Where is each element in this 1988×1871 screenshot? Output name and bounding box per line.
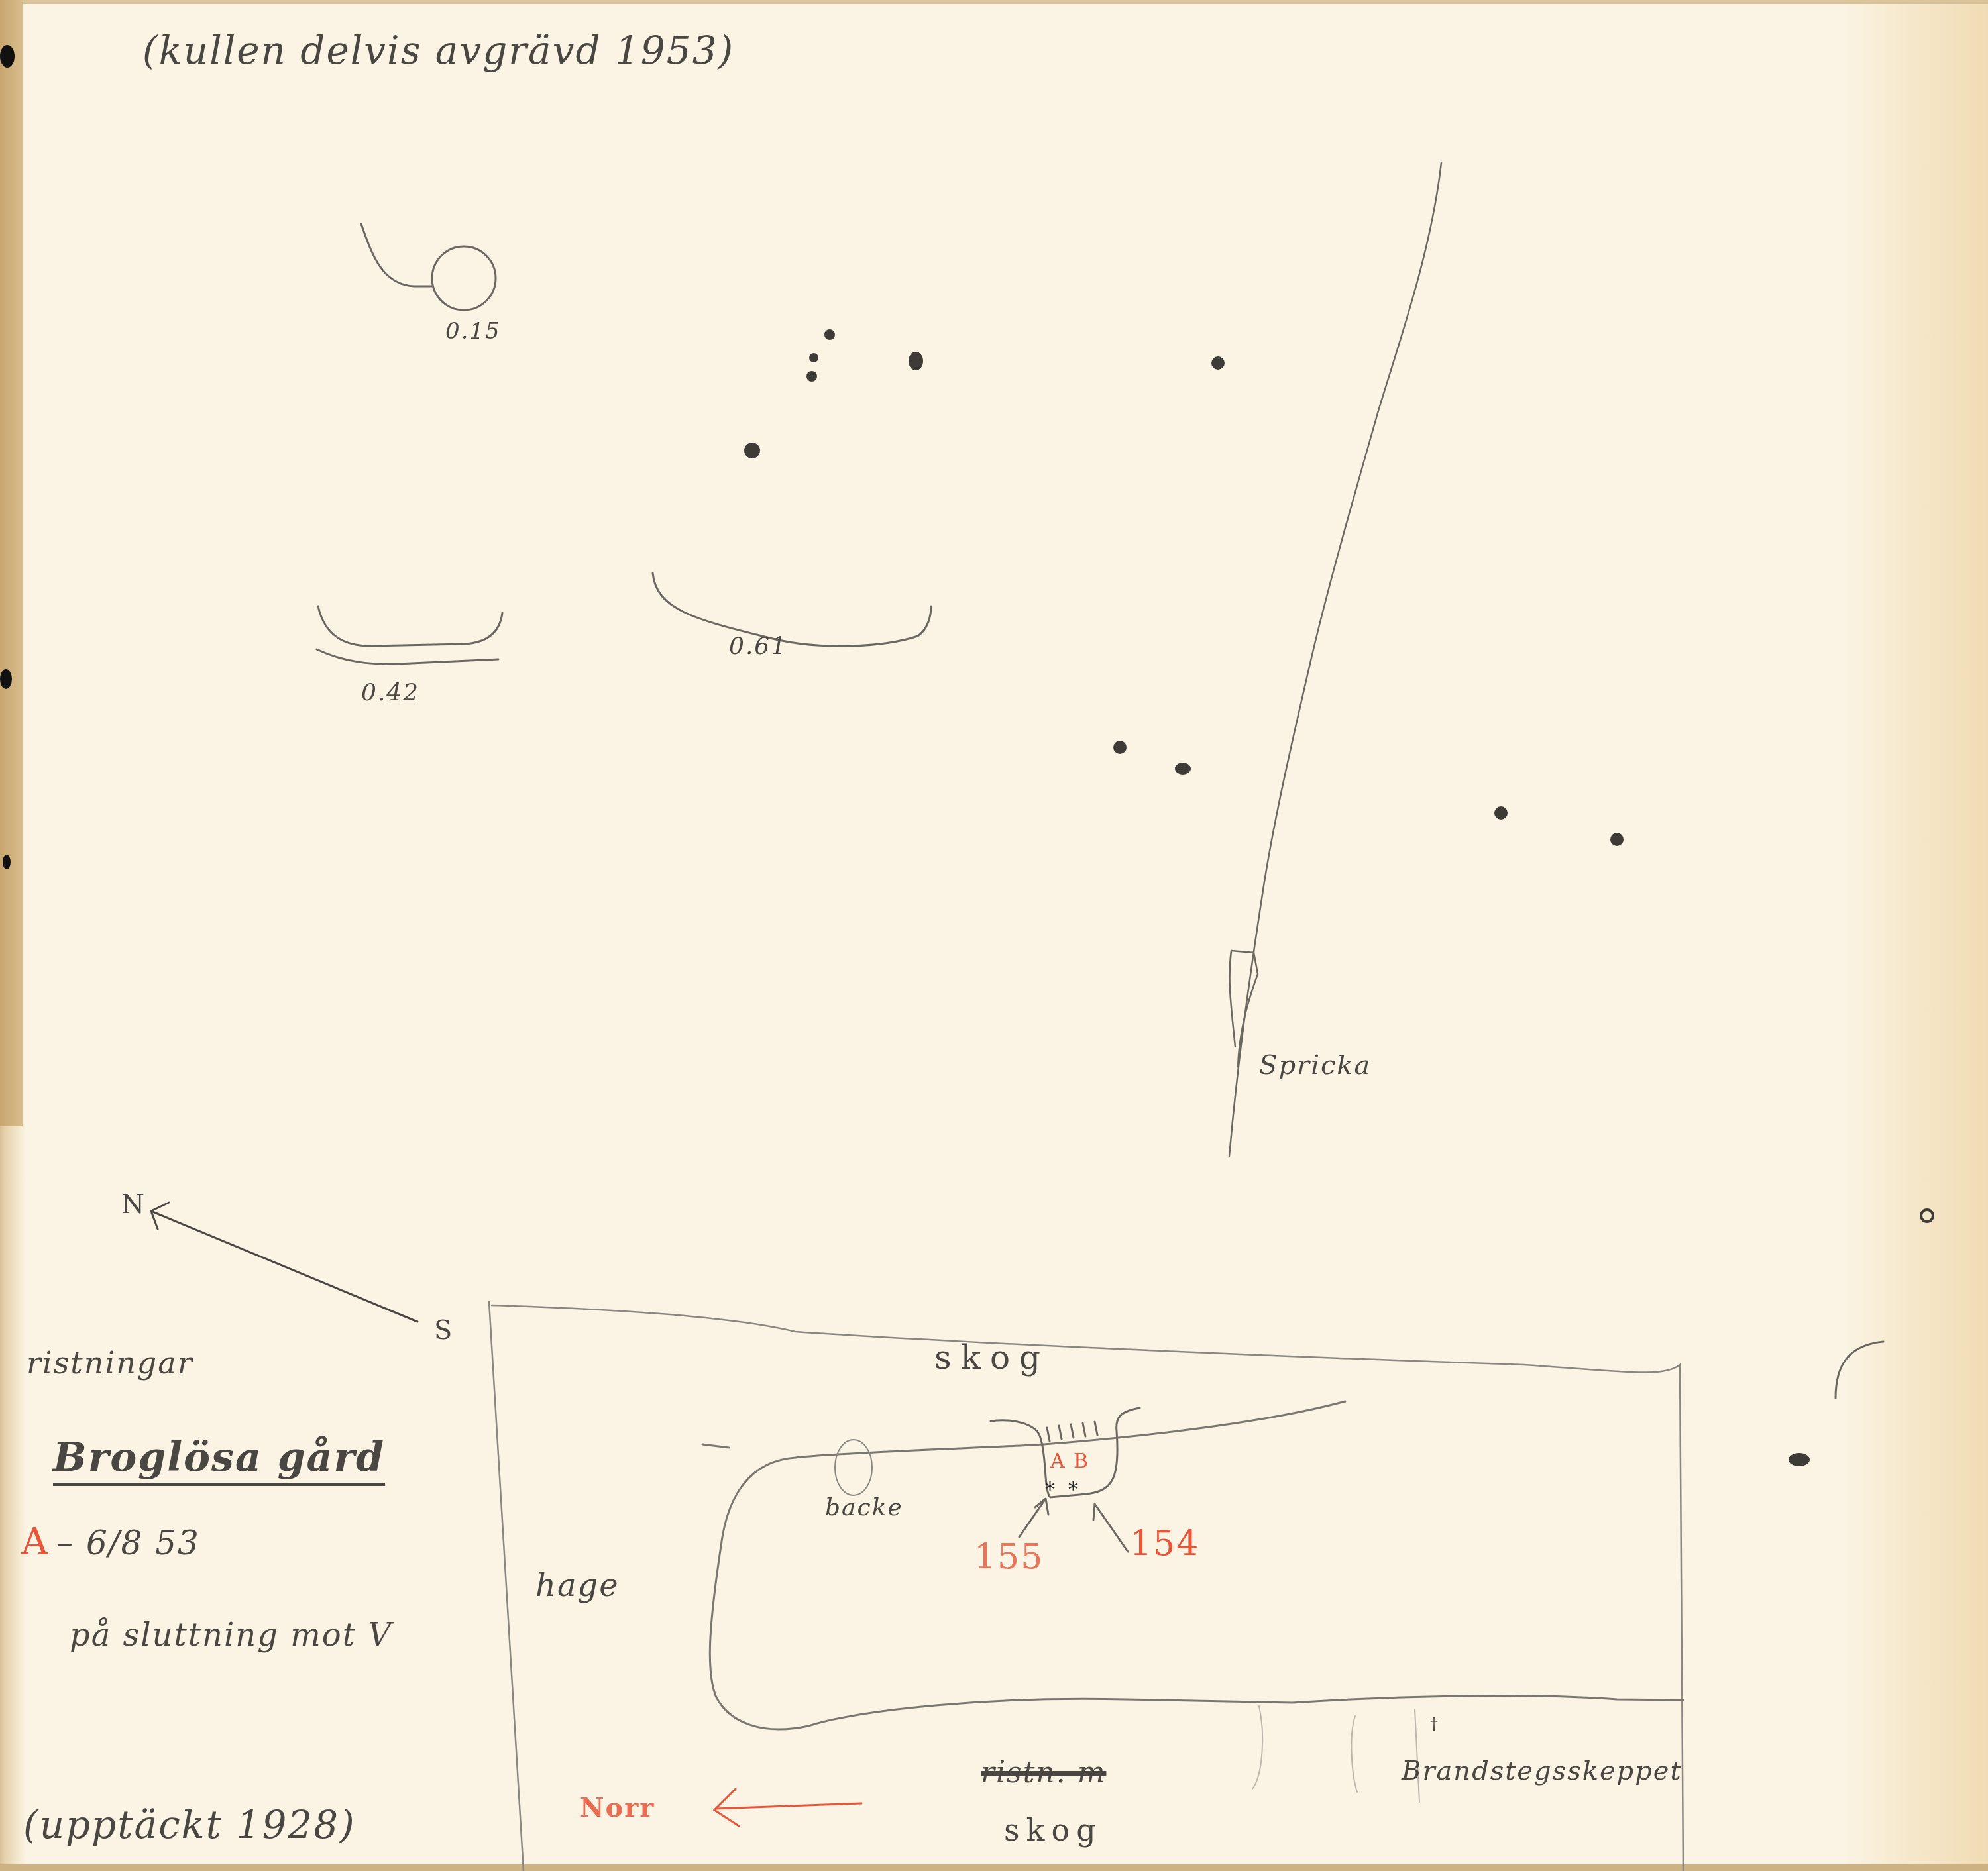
entry-id: A: [21, 1521, 49, 1564]
crack-line: [1229, 162, 1441, 1156]
cup-mark-dot: [806, 371, 817, 382]
compass-north: N: [121, 1189, 146, 1220]
building-label: Brandstegsskeppet: [1402, 1756, 1683, 1786]
circle-measurement: 0.15: [445, 318, 501, 345]
map-left-label: hage: [535, 1567, 620, 1604]
cup-marks: * * †: [744, 329, 1933, 1733]
struck-label: ristn. m: [981, 1756, 1106, 1790]
ref-number-154: 154: [1130, 1524, 1199, 1564]
cup-mark-dot: [1494, 806, 1508, 820]
discovered-note: (upptäckt 1928): [23, 1802, 356, 1847]
cup-mark-ring: [1921, 1210, 1933, 1222]
ref-number-155: 155: [974, 1537, 1044, 1577]
field-outline: [702, 1401, 1683, 1729]
site-name: Broglösa gård: [53, 1434, 385, 1481]
cup-mark-dot: [909, 352, 923, 370]
hill-oval: [835, 1440, 872, 1495]
entry-date: – 6/8 53: [56, 1524, 200, 1562]
location-note: på sluttning mot V: [70, 1617, 392, 1654]
map-marker-a: A: [1050, 1450, 1066, 1473]
header-note: (kullen delvis avgrävd 1953): [142, 28, 734, 73]
cup-mark-dot: [824, 329, 835, 340]
arc-mark: [1836, 1342, 1883, 1398]
building-marker: †: [1430, 1715, 1438, 1733]
map-bottom-details: [1252, 1706, 1419, 1802]
sketch-drawing: * * †: [0, 0, 1988, 1871]
north-arrow-red: [714, 1789, 861, 1826]
map-hill-label: backe: [825, 1494, 903, 1521]
cup-mark-circle: [361, 224, 496, 310]
map-top-label: skog: [934, 1338, 1050, 1377]
map-marker-b: B: [1074, 1450, 1089, 1473]
map-bottom-label: skog: [1004, 1812, 1103, 1848]
profile-right: [653, 573, 931, 646]
cup-mark-dot: [1175, 763, 1191, 775]
compass-south: S: [434, 1315, 453, 1346]
profile-right-measurement: 0.61: [729, 633, 787, 660]
outcrop-pocket: [991, 1408, 1140, 1552]
legend-symbol-label: ristningar: [27, 1345, 193, 1381]
profile-left: [317, 606, 502, 664]
cup-mark-dot: [809, 353, 818, 362]
cup-mark-dot: [744, 443, 760, 458]
compass-arrow: [151, 1203, 417, 1322]
cup-mark-dot: [1610, 833, 1624, 846]
asterisk-marker-a: *: [1045, 1478, 1055, 1501]
crack-label: Spricka: [1259, 1050, 1371, 1081]
north-arrow-label: Norr: [580, 1792, 655, 1823]
cup-mark-dot: [1113, 741, 1127, 754]
cup-mark-dot: [1211, 356, 1225, 370]
asterisk-marker-b: *: [1068, 1478, 1078, 1501]
cup-mark-dot: [1789, 1453, 1810, 1466]
profile-left-measurement: 0.42: [361, 679, 419, 706]
